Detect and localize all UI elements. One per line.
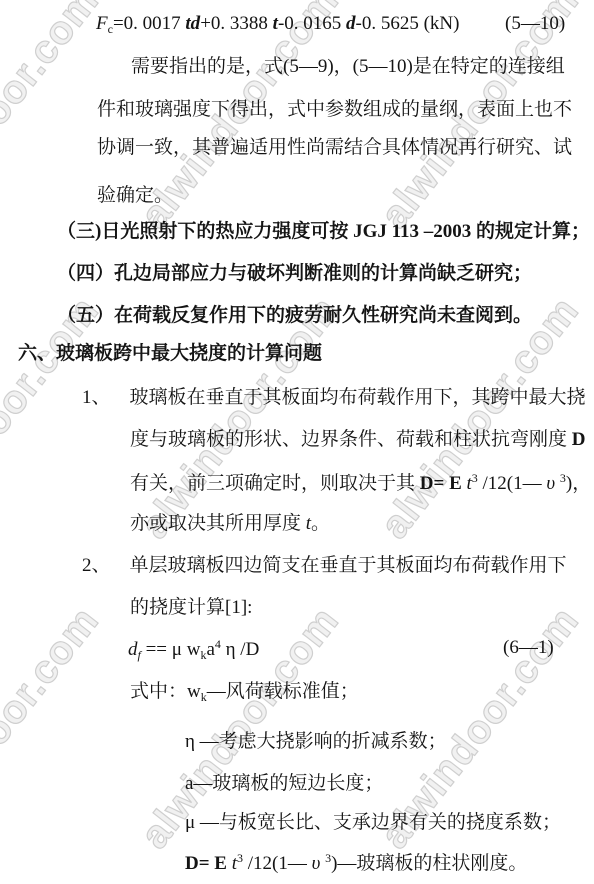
text-run: 玻璃板在垂直于其板面均布荷载作用下，其跨中最大挠 — [130, 387, 586, 408]
text-run: 六、玻璃板跨中最大挠度的计算问题 — [18, 343, 322, 364]
symbol-eta: η —考虑大挠影响的折减系数； — [185, 731, 447, 754]
text-run: 件和玻璃强度下得出，式中参数组成的量纲，表面上也不 — [97, 99, 572, 120]
text-run: 1、 — [82, 387, 111, 410]
text-run: )， — [566, 473, 591, 494]
list-2-line-2: 的挠度计算[1]: — [130, 597, 252, 620]
equation-number: (6—1) — [503, 637, 554, 660]
text-run: /12(1— — [478, 473, 547, 494]
document-page: alwindoor.comalwindoor.comalwindoor.coma… — [0, 0, 594, 884]
text-run: （四）孔边局部应力与破坏判断准则的计算尚缺乏研究； — [57, 263, 532, 284]
section-6-heading: 六、玻璃板跨中最大挠度的计算问题 — [18, 343, 322, 366]
para-note-line-2: 件和玻璃强度下得出，式中参数组成的量纲，表面上也不 — [97, 99, 572, 122]
para-note-line-4: 验确定。 — [97, 185, 173, 208]
text-run: -0. 0165 — [278, 13, 346, 34]
text-run: η —考虑大挠影响的折减系数； — [185, 731, 447, 752]
text-run: 亦或取决其所用厚度 — [130, 513, 306, 534]
symbol-D: D= E t3 /12(1— υ 3)—玻璃板的柱状刚度。 — [185, 851, 527, 876]
text-run: -0. 5625 (kN) — [356, 13, 460, 34]
text-run: d — [128, 639, 138, 660]
text-run: td — [185, 13, 200, 34]
text-run: )—玻璃板的柱状刚度。 — [331, 853, 527, 874]
symbol-wk: 式中：wk—风荷载标准值； — [130, 681, 359, 704]
text-run: υ — [546, 473, 555, 494]
text-run: D= E — [185, 853, 232, 874]
list-1-line-1: 1、玻璃板在垂直于其板面均布荷载作用下，其跨中最大挠 — [82, 387, 586, 410]
text-run: 协调一致，其普遍适用性尚需结合具体情况再行研究、试 — [97, 137, 572, 158]
text-run: == μ w — [141, 639, 201, 660]
list-1-line-3: 有关，前三项确定时，则取决于其 D= E t3 /12(1— υ 3)， — [130, 471, 591, 496]
formula-6-1: df == μ wka4 η /D(6—1) — [128, 637, 259, 662]
text-run: （五）在荷载反复作用下的疲劳耐久性研究尚未查阅到。 — [57, 305, 532, 326]
para-note-line-1: 需要指出的是，式(5—9)，(5—10)是在特定的连接组 — [131, 56, 565, 79]
para-note-line-3: 协调一致，其普遍适用性尚需结合具体情况再行研究、试 — [97, 137, 572, 160]
text-run: 的挠度计算[1]: — [130, 597, 252, 618]
symbol-a: a—玻璃板的短边长度； — [185, 773, 383, 796]
item-4: （四）孔边局部应力与破坏判断准则的计算尚缺乏研究； — [57, 263, 532, 286]
text-run: 需要指出的是，式(5—9)，(5—10)是在特定的连接组 — [131, 56, 565, 77]
text-run: —风荷载标准值； — [207, 681, 359, 702]
list-2-line-1: 2、单层玻璃板四边简支在垂直于其板面均布荷载作用下 — [82, 555, 567, 578]
text-run: D — [572, 429, 586, 450]
item-3: （三)日光照射下的热应力强度可按 JGJ 113 –2003 的规定计算； — [57, 221, 590, 244]
text-run: 式中：w — [130, 681, 201, 702]
text-run: F — [96, 13, 108, 34]
list-1-line-4: 亦或取决其所用厚度 t。 — [130, 513, 330, 536]
document-content: Fc=0. 0017 td+0. 3388 t-0. 0165 d-0. 562… — [0, 0, 594, 884]
text-run: d — [346, 13, 356, 34]
text-run: 单层玻璃板四边简支在垂直于其板面均布荷载作用下 — [130, 555, 567, 576]
text-run: D= E — [420, 473, 467, 494]
text-run: （三)日光照射下的热应力强度可按 JGJ 113 –2003 的规定计算； — [57, 221, 590, 242]
text-run: 验确定。 — [97, 185, 173, 206]
equation-number: (5—10) — [505, 13, 565, 36]
text-run: 度与玻璃板的形状、边界条件、荷载和柱状抗弯刚度 — [130, 429, 572, 450]
text-run: 有关，前三项确定时，则取决于其 — [130, 473, 420, 494]
text-run: μ —与板宽长比、支承边界有关的挠度系数； — [185, 812, 561, 833]
text-run: +0. 3388 — [200, 13, 272, 34]
text-run: /12(1— — [243, 853, 312, 874]
text-run: 2、 — [82, 555, 111, 578]
text-run: a — [206, 639, 214, 660]
text-run: 。 — [311, 513, 330, 534]
text-run: η /D — [221, 639, 259, 660]
item-5: （五）在荷载反复作用下的疲劳耐久性研究尚未查阅到。 — [57, 305, 532, 328]
text-run: =0. 0017 — [113, 13, 185, 34]
formula-5-10: Fc=0. 0017 td+0. 3388 t-0. 0165 d-0. 562… — [96, 13, 459, 36]
symbol-mu: μ —与板宽长比、支承边界有关的挠度系数； — [185, 812, 561, 835]
text-run: a—玻璃板的短边长度； — [185, 773, 383, 794]
list-1-line-2: 度与玻璃板的形状、边界条件、荷载和柱状抗弯刚度 D — [130, 429, 586, 452]
